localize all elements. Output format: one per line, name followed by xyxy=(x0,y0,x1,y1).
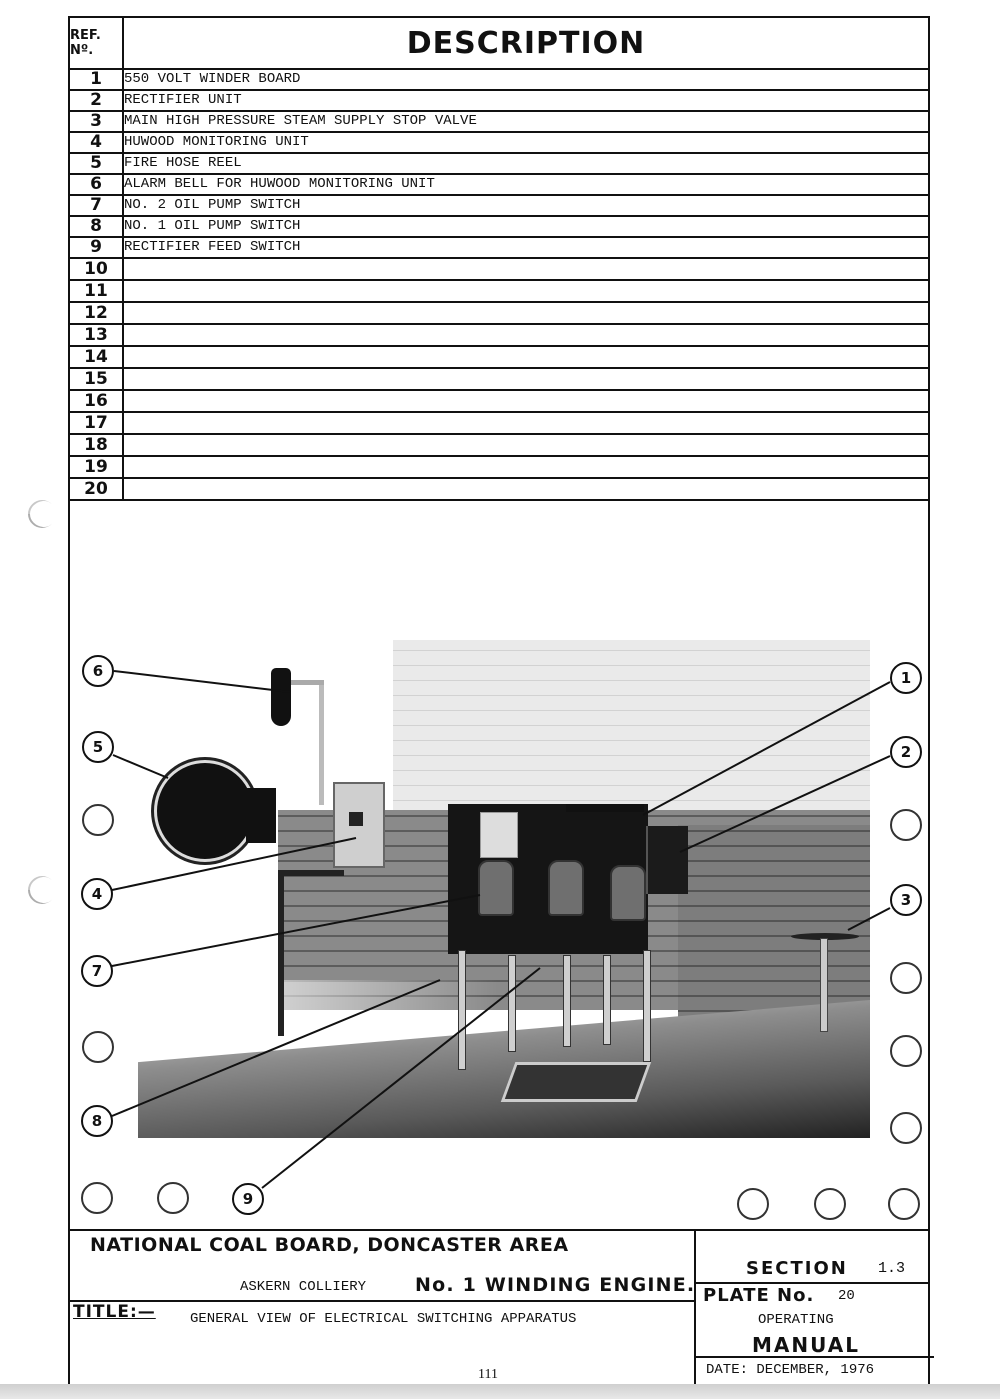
table-row: 9RECTIFIER FEED SWITCH xyxy=(69,237,929,258)
table-row: 6ALARM BELL FOR HUWOOD MONITORING UNIT xyxy=(69,174,929,195)
rectifier-unit xyxy=(646,826,688,894)
item-description: MAIN HIGH PRESSURE STEAM SUPPLY STOP VAL… xyxy=(123,111,929,132)
ref-number: 16 xyxy=(69,390,123,412)
ref-number: 2 xyxy=(69,90,123,111)
section-rule xyxy=(694,1282,930,1284)
item-description xyxy=(123,280,929,302)
ref-number: 4 xyxy=(69,132,123,153)
table-row: 17 xyxy=(69,412,929,434)
callout-marker: 7 xyxy=(81,955,113,987)
table-row: 5FIRE HOSE REEL xyxy=(69,153,929,174)
issue-date: DATE: DECEMBER, 1976 xyxy=(706,1362,874,1378)
empty-callout-marker xyxy=(814,1188,846,1220)
brick-wall-right xyxy=(678,825,870,1025)
item-description xyxy=(123,434,929,456)
stand-leg xyxy=(458,950,466,1070)
ref-number: 10 xyxy=(69,258,123,280)
plate-number-value: 20 xyxy=(838,1288,855,1304)
title-label: TITLE:— xyxy=(73,1302,156,1322)
colliery-name: ASKERN COLLIERY xyxy=(240,1279,366,1295)
item-description: RECTIFIER UNIT xyxy=(123,90,929,111)
callout-marker: 2 xyxy=(890,736,922,768)
cabinet-notice xyxy=(480,812,518,858)
table-row: 10 xyxy=(69,258,929,280)
manual-type: OPERATING xyxy=(758,1312,834,1328)
equipment-photograph xyxy=(138,640,870,1138)
table-row: 3MAIN HIGH PRESSURE STEAM SUPPLY STOP VA… xyxy=(69,111,929,132)
item-description: RECTIFIER FEED SWITCH xyxy=(123,237,929,258)
item-description xyxy=(123,258,929,280)
ref-number: 5 xyxy=(69,153,123,174)
ref-number: 1 xyxy=(69,69,123,90)
stand-leg xyxy=(563,955,571,1047)
item-description xyxy=(123,478,929,500)
floor-conduit xyxy=(278,870,344,1036)
oil-pump-switch xyxy=(548,860,584,916)
manual-label: MANUAL xyxy=(752,1333,860,1357)
table-row: 2RECTIFIER UNIT xyxy=(69,90,929,111)
huwood-monitoring-unit xyxy=(333,782,385,868)
callout-marker: 8 xyxy=(81,1105,113,1137)
table-row: 1550 VOLT WINDER BOARD xyxy=(69,69,929,90)
callout-marker: 6 xyxy=(82,655,114,687)
item-description xyxy=(123,368,929,390)
callout-marker: 5 xyxy=(82,731,114,763)
item-description xyxy=(123,324,929,346)
table-row: 15 xyxy=(69,368,929,390)
binder-hole-mark xyxy=(22,870,62,910)
ref-number: 13 xyxy=(69,324,123,346)
item-description: FIRE HOSE REEL xyxy=(123,153,929,174)
title-block-divider xyxy=(694,1231,696,1386)
item-description xyxy=(123,390,929,412)
stop-valve-stem xyxy=(820,938,828,1032)
item-description xyxy=(123,456,929,478)
table-row: 18 xyxy=(69,434,929,456)
section-label: SECTION xyxy=(746,1258,848,1279)
plate-number-label: PLATE No. xyxy=(703,1285,814,1306)
engine-name: No. 1 WINDING ENGINE. xyxy=(415,1274,695,1296)
callout-marker: 1 xyxy=(890,662,922,694)
section-value: 1.3 xyxy=(878,1260,905,1277)
empty-callout-marker xyxy=(890,962,922,994)
ref-number: 9 xyxy=(69,237,123,258)
item-description: NO. 1 OIL PUMP SWITCH xyxy=(123,216,929,237)
empty-callout-marker xyxy=(82,804,114,836)
ref-number: 17 xyxy=(69,412,123,434)
plate-title: GENERAL VIEW OF ELECTRICAL SWITCHING APP… xyxy=(190,1311,576,1327)
table-row: 14 xyxy=(69,346,929,368)
empty-callout-marker xyxy=(890,1035,922,1067)
stand-leg xyxy=(508,955,516,1052)
ref-number: 19 xyxy=(69,456,123,478)
ref-number: 11 xyxy=(69,280,123,302)
title-rule xyxy=(68,1300,694,1302)
stand-leg xyxy=(603,955,611,1045)
ref-number: 8 xyxy=(69,216,123,237)
floor-mat xyxy=(501,1062,652,1102)
table-row: 19 xyxy=(69,456,929,478)
item-description xyxy=(123,412,929,434)
item-description xyxy=(123,346,929,368)
page-edge-shadow xyxy=(0,1384,1000,1399)
empty-callout-marker xyxy=(157,1182,189,1214)
stand-leg xyxy=(643,950,651,1062)
ref-number: 20 xyxy=(69,478,123,500)
table-row: 11 xyxy=(69,280,929,302)
ref-number: 14 xyxy=(69,346,123,368)
callout-marker: 3 xyxy=(890,884,922,916)
organisation-name: NATIONAL COAL BOARD, DONCASTER AREA xyxy=(90,1234,569,1256)
table-row: 8NO. 1 OIL PUMP SWITCH xyxy=(69,216,929,237)
ref-number: 15 xyxy=(69,368,123,390)
item-description: ALARM BELL FOR HUWOOD MONITORING UNIT xyxy=(123,174,929,195)
callout-marker: 9 xyxy=(232,1183,264,1215)
callout-marker: 4 xyxy=(81,878,113,910)
item-description: HUWOOD MONITORING UNIT xyxy=(123,132,929,153)
binder-hole-mark xyxy=(22,494,62,534)
ref-number: 12 xyxy=(69,302,123,324)
ref-number: 6 xyxy=(69,174,123,195)
ref-number: 18 xyxy=(69,434,123,456)
item-description xyxy=(123,302,929,324)
description-header: DESCRIPTION xyxy=(123,17,929,69)
footer-top-rule xyxy=(68,1229,930,1231)
empty-callout-marker xyxy=(81,1182,113,1214)
ref-number: 7 xyxy=(69,195,123,216)
table-row: 13 xyxy=(69,324,929,346)
table-row: 12 xyxy=(69,302,929,324)
alarm-bell xyxy=(271,668,291,726)
ref-number: 3 xyxy=(69,111,123,132)
table-row: 4HUWOOD MONITORING UNIT xyxy=(69,132,929,153)
item-description: NO. 2 OIL PUMP SWITCH xyxy=(123,195,929,216)
page-number: 111 xyxy=(470,1367,506,1383)
brick-wall-upper xyxy=(393,640,870,830)
rectifier-feed-switch xyxy=(610,865,646,921)
reference-table: REF.Nº. DESCRIPTION 1550 VOLT WINDER BOA… xyxy=(68,16,930,501)
table-row: 20 xyxy=(69,478,929,500)
empty-callout-marker xyxy=(737,1188,769,1220)
empty-callout-marker xyxy=(890,809,922,841)
oil-pump-switch xyxy=(478,860,514,916)
item-description: 550 VOLT WINDER BOARD xyxy=(123,69,929,90)
ref-no-header: REF.Nº. xyxy=(69,17,123,69)
empty-callout-marker xyxy=(888,1188,920,1220)
table-row: 16 xyxy=(69,390,929,412)
conduit-pipe xyxy=(319,685,324,805)
empty-callout-marker xyxy=(82,1031,114,1063)
table-row: 7NO. 2 OIL PUMP SWITCH xyxy=(69,195,929,216)
empty-callout-marker xyxy=(890,1112,922,1144)
fire-hose-reel xyxy=(154,760,256,862)
winder-board-top xyxy=(566,804,644,812)
hose-reel-bracket xyxy=(246,788,276,843)
